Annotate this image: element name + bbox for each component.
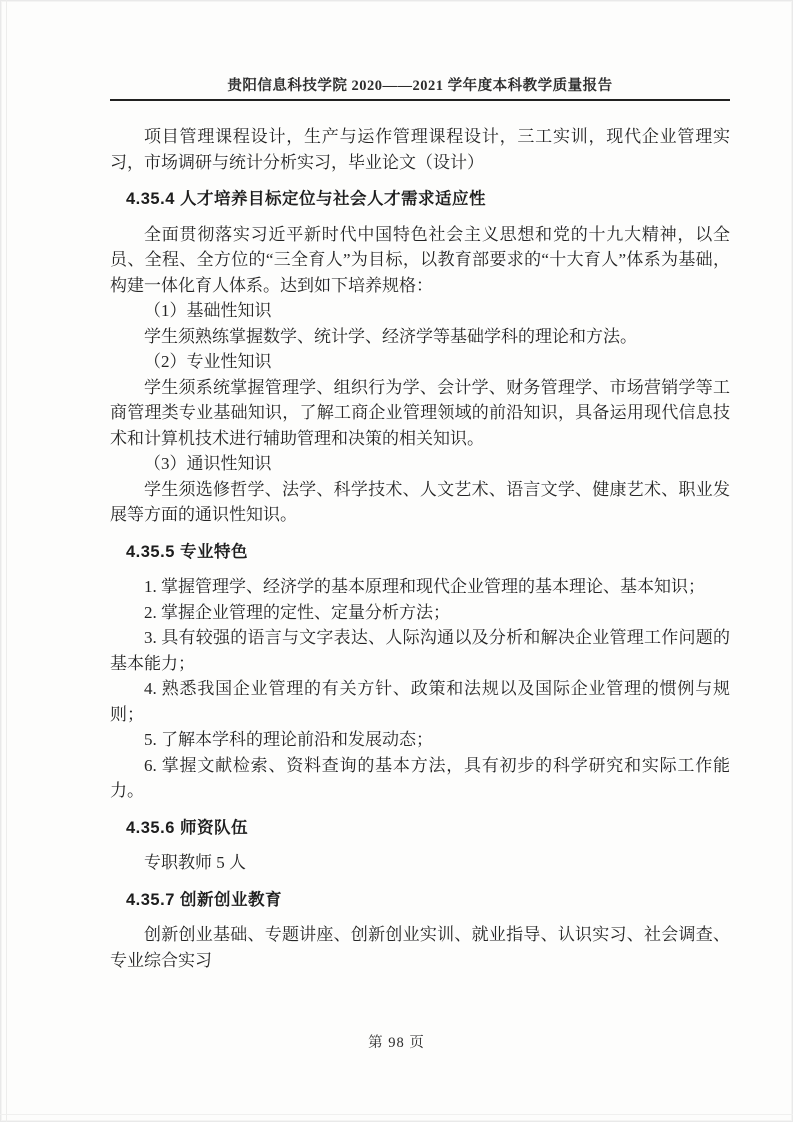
- page-header: 贵阳信息科技学院 2020——2021 学年度本科教学质量报告: [110, 78, 730, 101]
- header-title: 贵阳信息科技学院 2020——2021 学年度本科教学质量报告: [227, 78, 612, 94]
- paragraph-practical-courses: 项目管理课程设计，生产与运作管理课程设计，三工实训，现代企业管理实习，市场调研与…: [110, 124, 730, 175]
- document-page: 贵阳信息科技学院 2020——2021 学年度本科教学质量报告 项目管理课程设计…: [0, 0, 793, 1122]
- subheading-basic-knowledge: （1）基础性知识: [110, 298, 730, 324]
- scan-edge-bottom: [0, 1114, 793, 1115]
- section-heading-4-35-4: 4.35.4 人才培养目标定位与社会人才需求适应性: [110, 187, 730, 213]
- list-item-5: 5. 了解本学科的理论前沿和发展动态；: [110, 727, 730, 753]
- document-body: 项目管理课程设计，生产与运作管理课程设计，三工实训，现代企业管理实习，市场调研与…: [110, 124, 730, 973]
- list-item-6: 6. 掌握文献检索、资料查询的基本方法，具有初步的科学研究和实际工作能力。: [110, 753, 730, 804]
- list-item-1: 1. 掌握管理学、经济学的基本原理和现代企业管理的基本理论、基本知识；: [110, 574, 730, 600]
- list-item-2: 2. 掌握企业管理的定性、定量分析方法；: [110, 600, 730, 626]
- subheading-general-knowledge: （3）通识性知识: [110, 451, 730, 477]
- page-footer: 第 98 页: [0, 1031, 793, 1056]
- list-item-3: 3. 具有较强的语言与文字表达、人际沟通以及分析和解决企业管理工作问题的基本能力…: [110, 625, 730, 676]
- paragraph-basic-knowledge: 学生须熟练掌握数学、统计学、经济学等基础学科的理论和方法。: [110, 324, 730, 350]
- section-heading-4-35-6: 4.35.6 师资队伍: [110, 816, 730, 842]
- paragraph-professional-knowledge: 学生须系统掌握管理学、组织行为学、会计学、财务管理学、市场营销学等工商管理类专业…: [110, 375, 730, 452]
- section-heading-4-35-7: 4.35.7 创新创业教育: [110, 888, 730, 914]
- list-item-4: 4. 熟悉我国企业管理的有关方针、政策和法规以及国际企业管理的惯例与规则；: [110, 676, 730, 727]
- paragraph-training-goal: 全面贯彻落实习近平新时代中国特色社会主义思想和党的十九大精神，以全员、全程、全方…: [110, 222, 730, 299]
- paragraph-faculty-count: 专职教师 5 人: [110, 850, 730, 876]
- subheading-professional-knowledge: （2）专业性知识: [110, 349, 730, 375]
- page-number: 第 98 页: [368, 1035, 425, 1051]
- paragraph-general-knowledge: 学生须选修哲学、法学、科学技术、人文艺术、语言文学、健康艺术、职业发展等方面的通…: [110, 477, 730, 528]
- paragraph-innovation-courses: 创新创业基础、专题讲座、创新创业实训、就业指导、认识实习、社会调查、专业综合实习: [110, 922, 730, 973]
- section-heading-4-35-5: 4.35.5 专业特色: [110, 540, 730, 566]
- scan-edge-left: [6, 0, 7, 1122]
